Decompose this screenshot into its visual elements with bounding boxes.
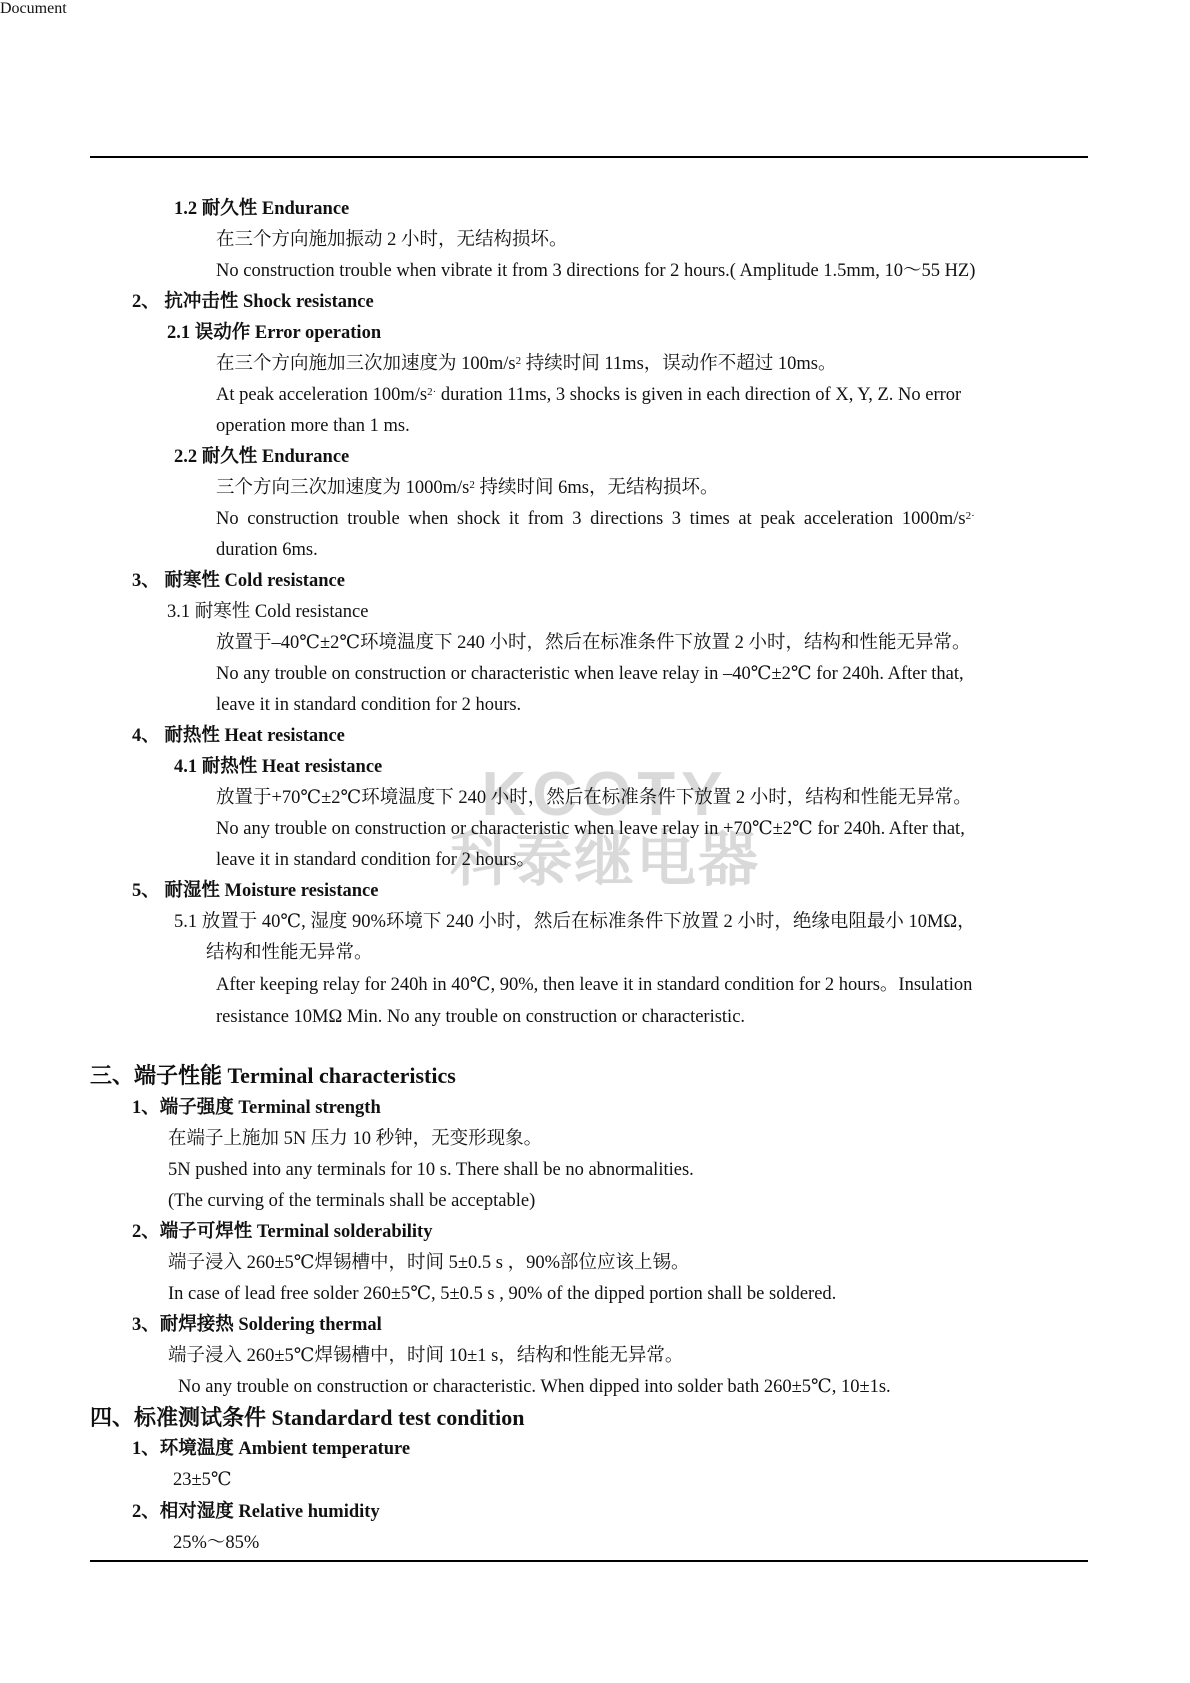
terminal-solderability-title: 2、端子可焊性 Terminal solderability — [132, 1220, 432, 1244]
text: duration 11ms, 3 shocks is given in each… — [436, 385, 961, 405]
header-rule — [90, 156, 1088, 158]
section-5-title: 5、 耐湿性 Moisture resistance — [132, 879, 378, 903]
section-5-1-en-1: After keeping relay for 240h in 40℃, 90%… — [216, 973, 972, 997]
section-2-1-en-2: operation more than 1 ms. — [216, 414, 410, 438]
section-4-1-en-1: No any trouble on construction or charac… — [216, 817, 965, 841]
text: 持续时间 6ms，无结构损坏。 — [475, 478, 719, 498]
section-1-2-en: No construction trouble when vibrate it … — [216, 259, 975, 283]
text: At peak acceleration 100m/s — [216, 385, 427, 405]
section-5-1-cn-1: 5.1 放置于 40℃, 湿度 90%环境下 240 小时，然后在标准条件下放置… — [174, 910, 976, 934]
section-2-2-en-1: No construction trouble when shock it fr… — [216, 507, 975, 531]
section-4-1-cn: 放置于+70℃±2℃环境温度下 240 小时，然后在标准条件下放置 2 小时，结… — [216, 786, 972, 810]
section-2-1-en-1: At peak acceleration 100m/s2· duration 1… — [216, 383, 961, 407]
section-2-1-cn: 在三个方向施加三次加速度为 100m/s2 持续时间 11ms，误动作不超过 1… — [216, 352, 836, 376]
section-3-title: 3、 耐寒性 Cold resistance — [132, 569, 345, 593]
section-1-2-title: 1.2 耐久性 Endurance — [174, 197, 349, 221]
superscript: 2 — [516, 355, 522, 367]
section-2-2-title: 2.2 耐久性 Endurance — [174, 445, 349, 469]
terminal-strength-en-2: (The curving of the terminals shall be a… — [168, 1189, 535, 1213]
terminal-strength-cn: 在端子上施加 5N 压力 10 秒钟，无变形现象。 — [168, 1127, 542, 1151]
section-5-1-cn-2: 结构和性能无异常。 — [206, 941, 373, 965]
section-3-1-en-1: No any trouble on construction or charac… — [216, 662, 964, 686]
text: 三个方向三次加速度为 1000m/s — [216, 478, 469, 498]
section-3-1-title: 3.1 耐寒性 Cold resistance — [167, 600, 368, 624]
relative-humidity-value: 25%～85% — [173, 1531, 259, 1555]
footer-rule — [90, 1560, 1088, 1562]
text: 持续时间 11ms，误动作不超过 10ms。 — [521, 354, 836, 374]
ambient-temperature-value: 23±5℃ — [173, 1468, 232, 1492]
soldering-thermal-en: No any trouble on construction or charac… — [178, 1375, 891, 1399]
superscript: 2 — [469, 479, 475, 491]
terminal-section-title: 三、端子性能 Terminal characteristics — [90, 1064, 456, 1088]
section-1-2-cn: 在三个方向施加振动 2 小时，无结构损坏。 — [216, 228, 568, 252]
section-2-title: 2、 抗冲击性 Shock resistance — [132, 290, 374, 314]
soldering-thermal-cn: 端子浸入 260±5℃焊锡槽中，时间 10±1 s，结构和性能无异常。 — [168, 1344, 683, 1368]
section-5-1-en-2: resistance 10MΩ Min. No any trouble on c… — [216, 1005, 745, 1029]
terminal-solderability-cn: 端子浸入 260±5℃焊锡槽中，时间 5±0.5 s ，90%部位应该上锡。 — [168, 1251, 690, 1275]
terminal-solderability-en: In case of lead free solder 260±5℃, 5±0.… — [168, 1282, 836, 1306]
section-4-1-en-2: leave it in standard condition for 2 hou… — [216, 848, 535, 872]
section-4-title: 4、 耐热性 Heat resistance — [132, 724, 345, 748]
text: No construction trouble when shock it fr… — [216, 509, 966, 529]
soldering-thermal-title: 3、耐焊接热 Soldering thermal — [132, 1313, 382, 1337]
section-4-1-title: 4.1 耐热性 Heat resistance — [174, 755, 382, 779]
standard-section-title: 四、标准测试条件 Standardard test condition — [90, 1406, 525, 1430]
superscript: 2· — [966, 510, 975, 522]
ambient-temperature-title: 1、环境温度 Ambient temperature — [132, 1437, 410, 1461]
section-2-2-cn: 三个方向三次加速度为 1000m/s2 持续时间 6ms，无结构损坏。 — [216, 476, 718, 500]
section-2-1-title: 2.1 误动作 Error operation — [167, 321, 381, 345]
superscript: 2· — [427, 386, 436, 398]
relative-humidity-title: 2、相对湿度 Relative humidity — [132, 1500, 380, 1524]
section-2-2-en-2: duration 6ms. — [216, 538, 318, 562]
section-3-1-en-2: leave it in standard condition for 2 hou… — [216, 693, 521, 717]
terminal-strength-title: 1、端子强度 Terminal strength — [132, 1096, 381, 1120]
section-3-1-cn: 放置于–40℃±2℃环境温度下 240 小时，然后在标准条件下放置 2 小时，结… — [216, 631, 971, 655]
text: 在三个方向施加三次加速度为 100m/s — [216, 354, 516, 374]
terminal-strength-en-1: 5N pushed into any terminals for 10 s. T… — [168, 1158, 694, 1182]
